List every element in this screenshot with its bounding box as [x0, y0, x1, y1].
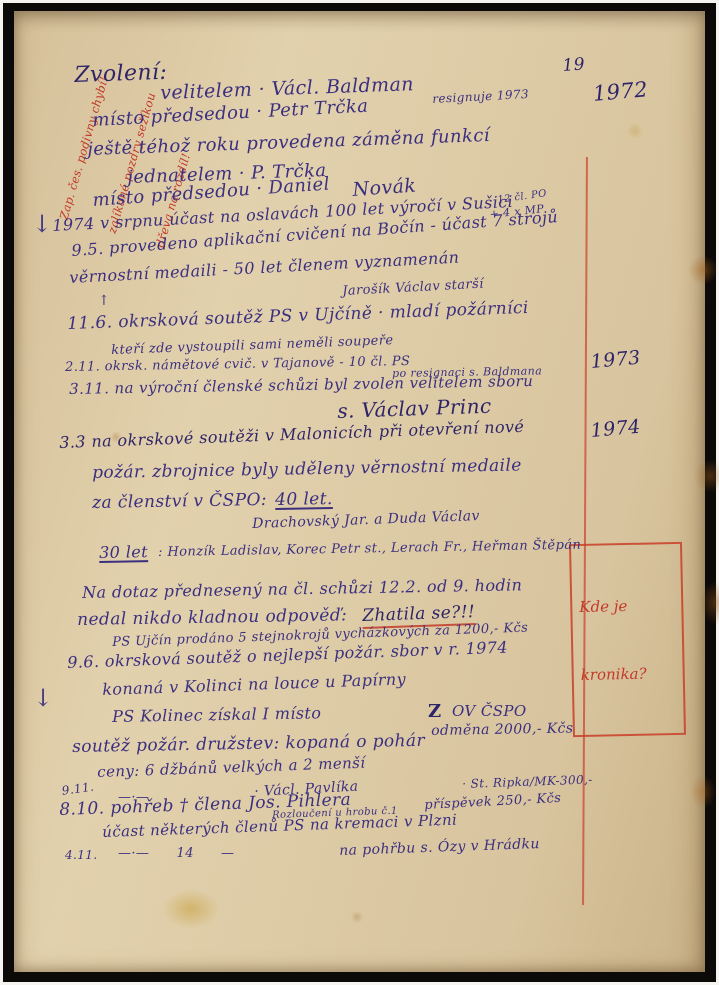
entry-40-let: 40 let.	[275, 491, 333, 510]
entry-odmena: odměna 2000,- Kčs	[431, 722, 574, 739]
down-arrow-icon: ↓	[33, 686, 54, 711]
paper-stain	[162, 889, 220, 929]
kronika-query-line: kronika?	[580, 661, 680, 686]
up-arrow-icon: ↑	[98, 294, 110, 309]
entry-30-let: 30 let	[99, 544, 148, 562]
paper-stain	[626, 123, 644, 139]
scanned-chronicle-page: Zap. čes. podivny chybí! zalíkané pozdry…	[0, 0, 719, 985]
down-arrow-icon: ↓	[32, 212, 53, 237]
year-1972: 1972	[592, 78, 649, 105]
year-1974: 1974	[590, 418, 642, 442]
entry-za-clenstvi: za členství v ČSPO:	[92, 492, 267, 513]
entry-ps-kolinec-misto: PS Kolinec získal I místo	[112, 705, 321, 725]
paper-stain	[350, 911, 364, 923]
year-1973: 1973	[590, 349, 642, 373]
entry-z-marker: Z	[428, 703, 442, 722]
entry-ditto-dash-14: —·— 14 —	[118, 847, 234, 861]
entry-ov-cspo: OV ČSPO	[452, 704, 527, 720]
page-number: 19	[562, 56, 586, 75]
entry-4-11-date: 4.11.	[65, 849, 98, 862]
kronika-query-box: Kde je kronika?	[569, 542, 686, 737]
entry-zvoleni-heading: Zvolení:	[74, 61, 168, 87]
kronika-query-line: Kde je	[579, 594, 679, 619]
